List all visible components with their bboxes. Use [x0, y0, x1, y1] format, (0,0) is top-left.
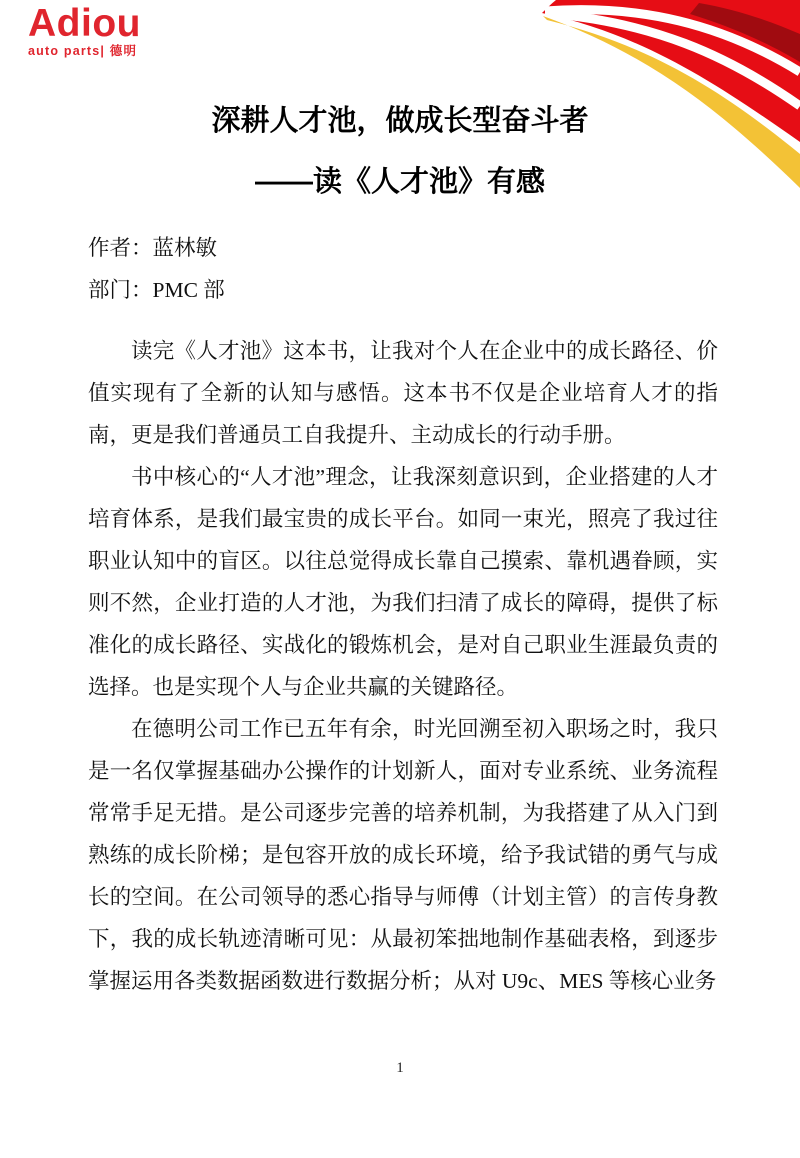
- company-logo: Adiou auto parts| 德明: [28, 4, 141, 58]
- author-line: 作者：蓝林敏: [88, 227, 225, 269]
- document-meta: 作者：蓝林敏 部门：PMC 部: [88, 227, 225, 311]
- body-paragraph: 读完《人才池》这本书，让我对个人在企业中的成长路径、价值实现有了全新的认知与感悟…: [88, 330, 718, 456]
- swoosh-white-stripe-1: [545, 10, 800, 72]
- body-paragraph: 在德明公司工作已五年有余，时光回溯至初入职场之时，我只是一名仅掌握基础办公操作的…: [88, 708, 718, 1002]
- logo-brand-text: Adiou: [28, 4, 141, 44]
- title-line-2: ——读《人才池》有感: [0, 152, 800, 213]
- page-number: 1: [0, 1058, 800, 1078]
- document-body: 读完《人才池》这本书，让我对个人在企业中的成长路径、价值实现有了全新的认知与感悟…: [88, 330, 718, 1002]
- document-page: Adiou auto parts| 德明 深耕人才池，做成长型奋斗者 ——读《人…: [0, 0, 800, 1158]
- swoosh-dark-red-band: [690, 3, 800, 62]
- logo-tagline-text: auto parts| 德明: [28, 44, 141, 58]
- document-title: 深耕人才池，做成长型奋斗者 ——读《人才池》有感: [0, 91, 800, 213]
- department-line: 部门：PMC 部: [88, 269, 225, 311]
- body-paragraph: 书中核心的“人才池”理念，让我深刻意识到，企业搭建的人才培育体系，是我们最宝贵的…: [88, 456, 718, 708]
- title-line-1: 深耕人才池，做成长型奋斗者: [0, 91, 800, 152]
